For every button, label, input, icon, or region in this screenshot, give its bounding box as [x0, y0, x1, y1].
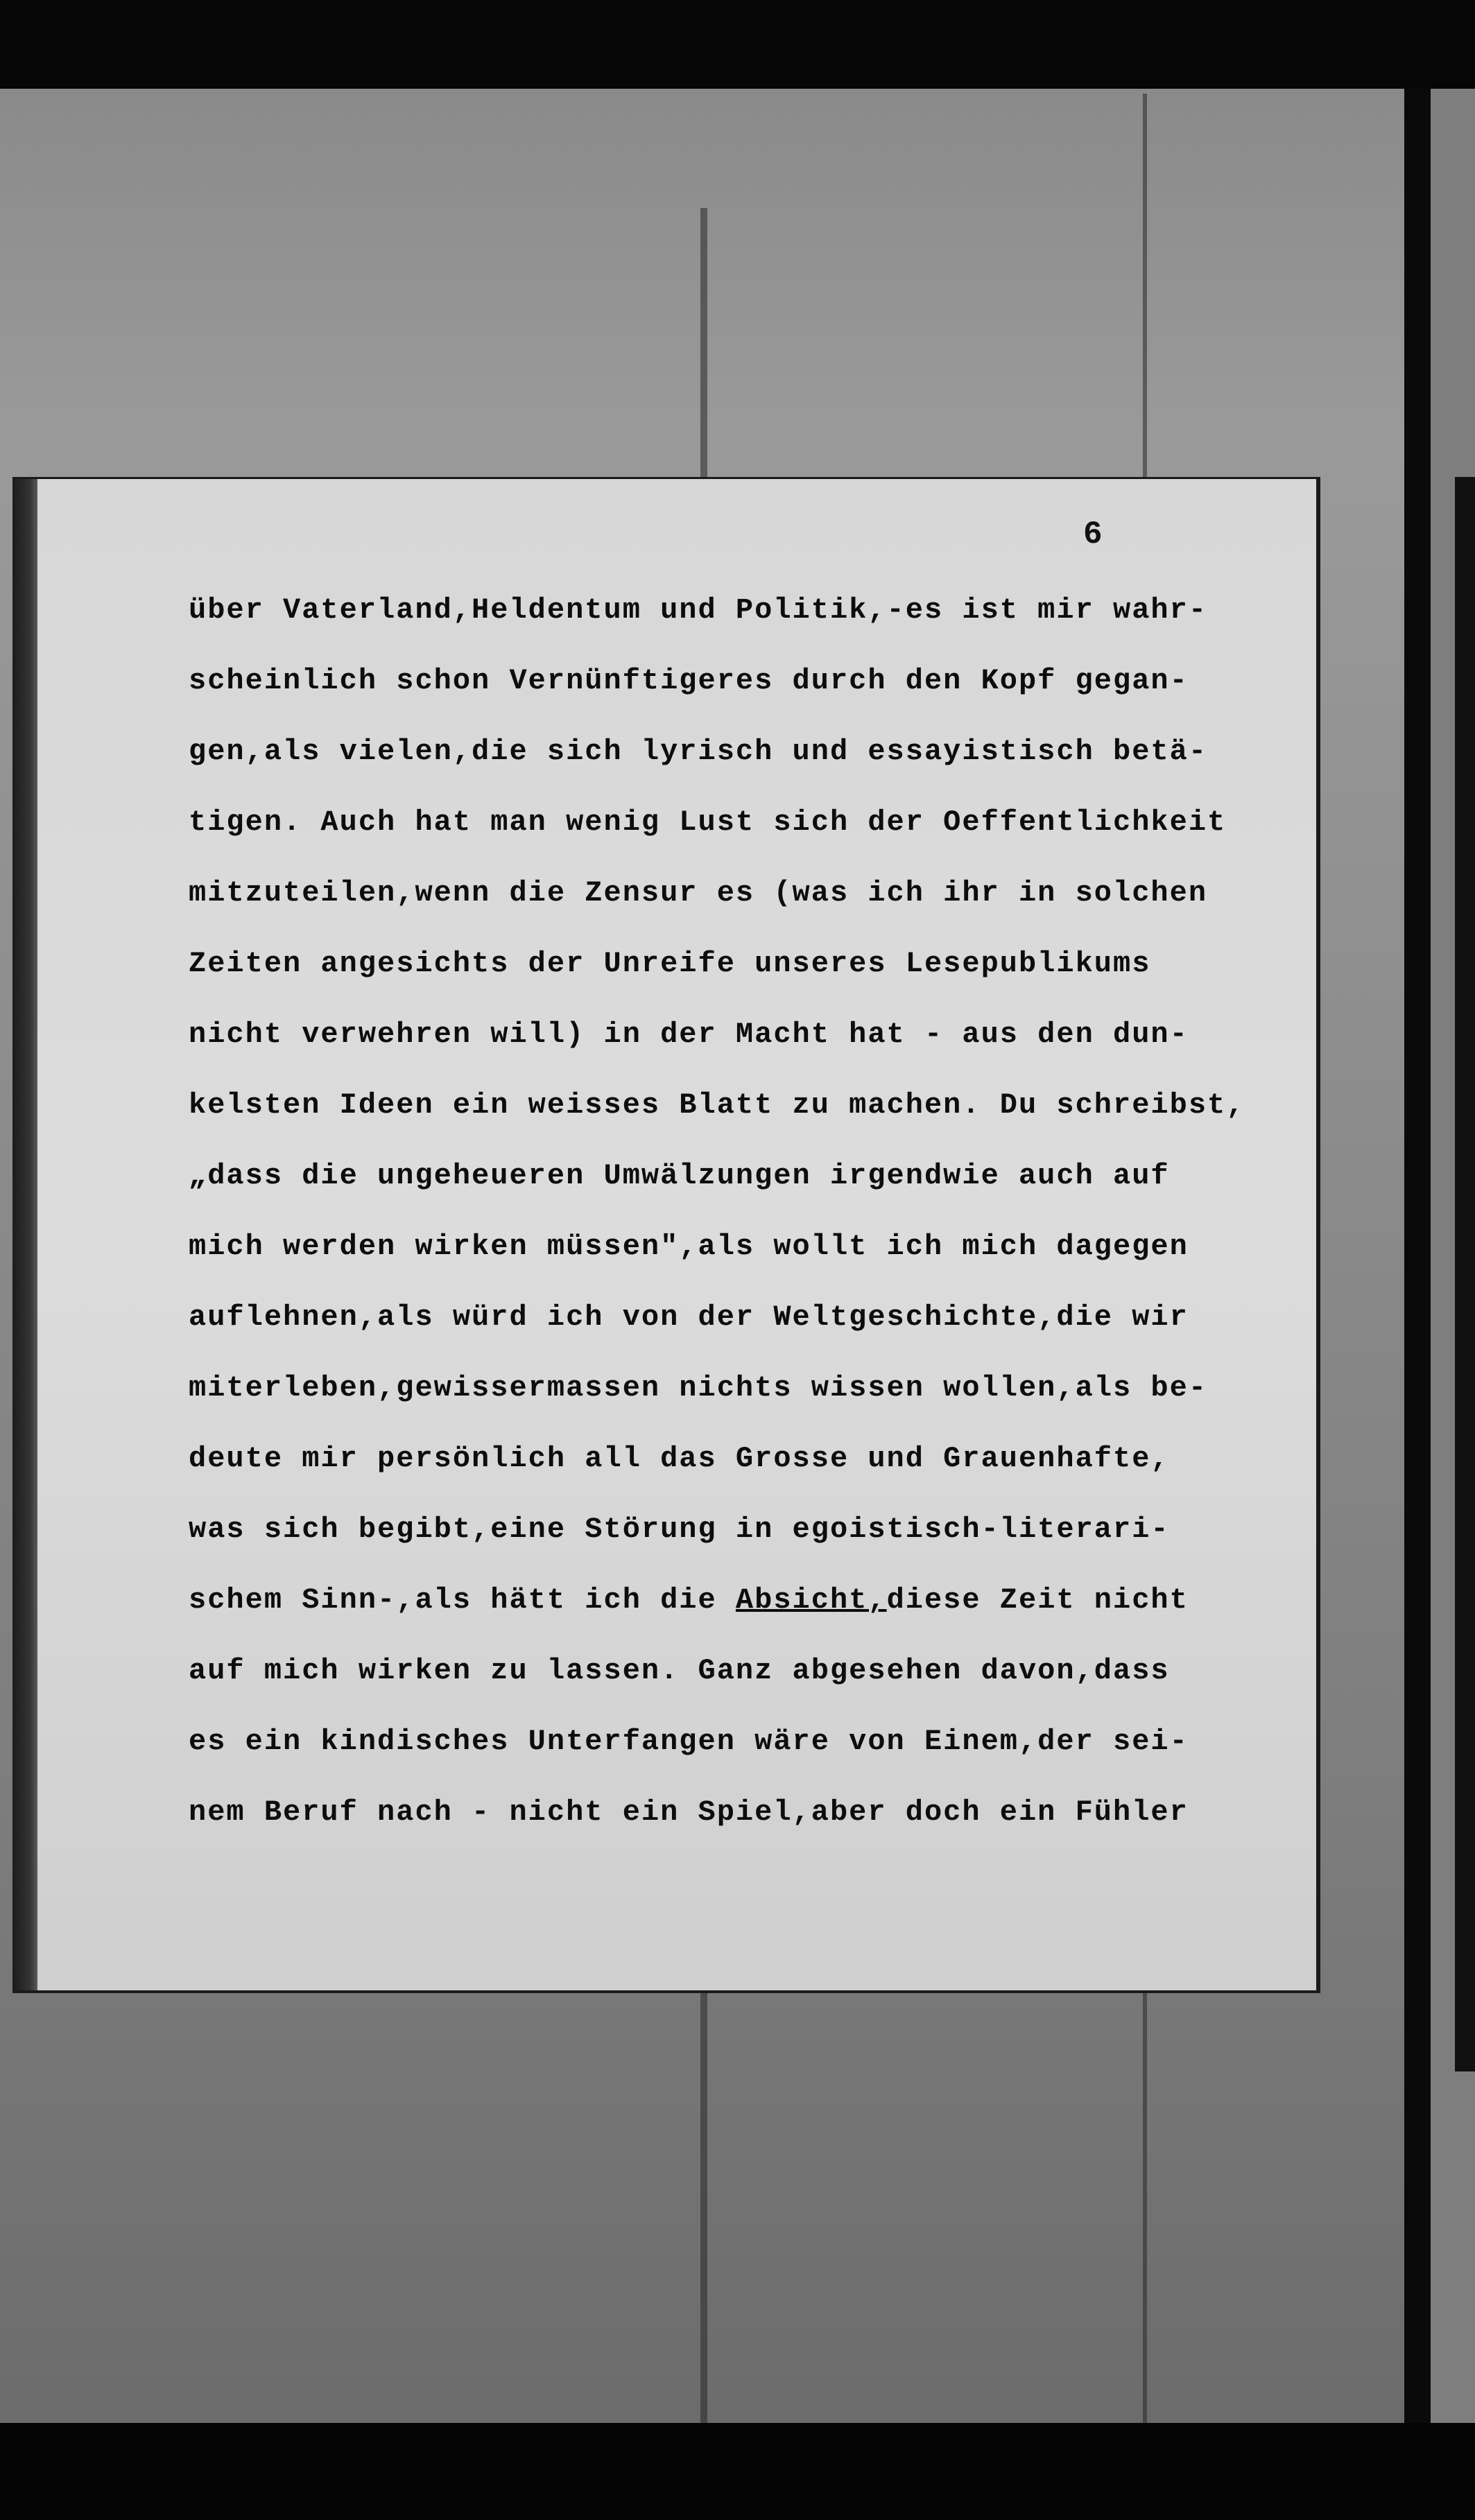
scan-top-border: [0, 0, 1475, 94]
scan-bottom-border: [0, 2423, 1475, 2520]
text-line: mitzuteilen,wenn die Zensur es (was ich …: [189, 872, 1243, 943]
text-line: auflehnen,als würd ich von der Weltgesch…: [189, 1296, 1243, 1367]
text-line: kelsten Ideen ein weisses Blatt zu mache…: [189, 1084, 1243, 1155]
text-line: mich werden wirken müssen",als wollt ich…: [189, 1226, 1243, 1296]
text-line: nem Beruf nach - nicht ein Spiel,aber do…: [189, 1791, 1243, 1862]
text-line: Zeiten angesichts der Unreife unseres Le…: [189, 943, 1243, 1014]
adjacent-page-edge: [1431, 89, 1475, 2425]
text-segment: diese Zeit nicht: [887, 1583, 1189, 1617]
text-line: auf mich wirken zu lassen. Ganz abgesehe…: [189, 1650, 1243, 1721]
text-line: deute mir persönlich all das Grosse und …: [189, 1438, 1243, 1509]
text-line: nicht verwehren will) in der Macht hat -…: [189, 1014, 1243, 1084]
text-line: was sich begibt,eine Störung in egoistis…: [189, 1509, 1243, 1579]
text-line: miterleben,gewissermassen nichts wissen …: [189, 1367, 1243, 1438]
text-line: schem Sinn-,als hätt ich die Absicht,die…: [189, 1579, 1243, 1650]
text-line: tigen. Auch hat man wenig Lust sich der …: [189, 801, 1243, 872]
page-number: 6: [1083, 516, 1103, 553]
typed-text-body: über Vaterland,Heldentum und Politik,-es…: [189, 589, 1243, 1862]
underlined-word: Absicht,: [736, 1583, 887, 1617]
adjacent-page-shadow: [1455, 477, 1475, 2071]
text-line: gen,als vielen,die sich lyrisch und essa…: [189, 731, 1243, 801]
scan-right-border: [1404, 89, 1431, 2425]
text-segment: schem Sinn-,als hätt ich die: [189, 1583, 736, 1617]
text-line: „dass die ungeheueren Umwälzungen irgend…: [189, 1155, 1243, 1226]
text-line: über Vaterland,Heldentum und Politik,-es…: [189, 589, 1243, 660]
text-line: scheinlich schon Vernünftigeres durch de…: [189, 660, 1243, 731]
text-line: es ein kindisches Unterfangen wäre von E…: [189, 1721, 1243, 1791]
page-left-edge: [12, 479, 37, 1990]
